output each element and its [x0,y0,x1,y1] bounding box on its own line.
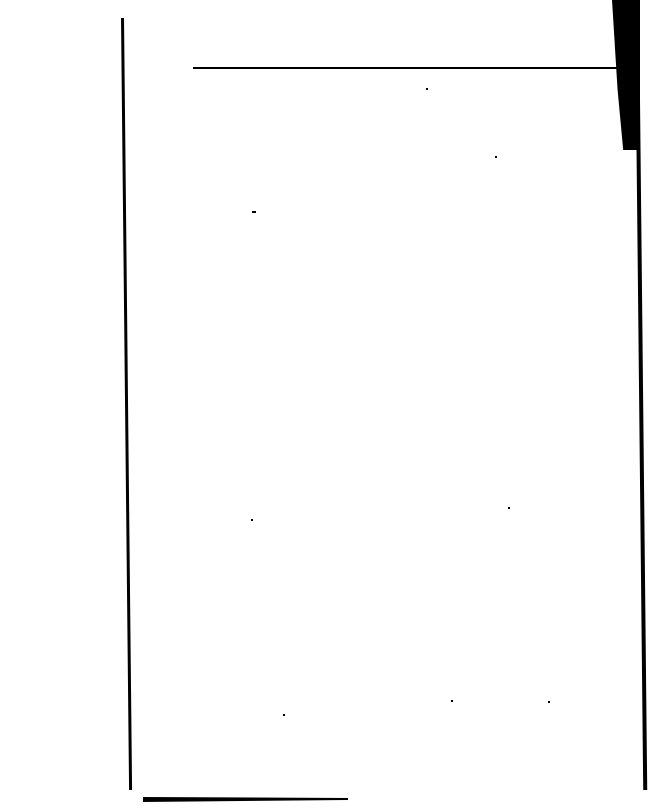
header-rule [193,67,618,69]
page-edge-left [121,18,132,790]
page-edge-right [636,100,647,790]
speck [283,714,285,716]
page-edge-bottom [143,797,348,802]
speck [508,507,510,509]
speck [251,519,253,521]
speck [451,700,453,702]
speck [548,701,550,703]
speck [252,211,256,213]
speck [426,88,428,90]
speck [495,156,497,158]
